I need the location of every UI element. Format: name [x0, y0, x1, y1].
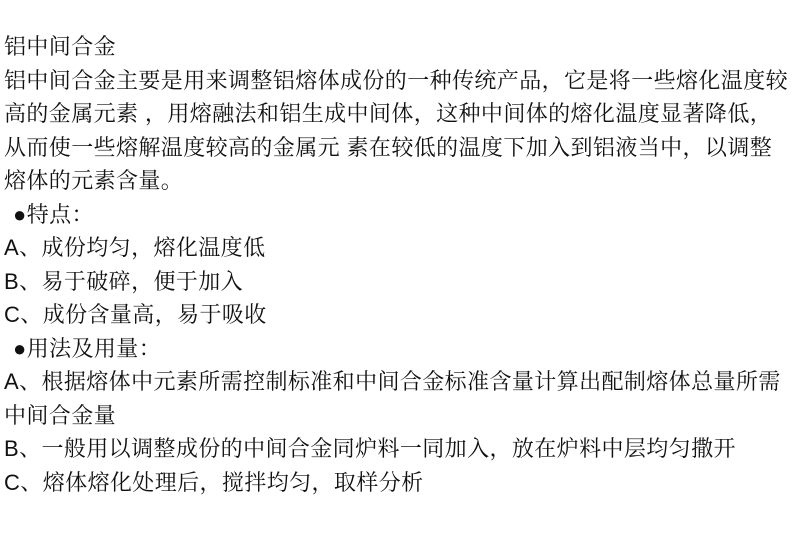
paragraph-line: 铝中间合金主要是用来调整铝熔体成份的一种传统产品，它是将一些熔化温度较 [4, 64, 796, 98]
paragraph-line: 高的金属元素 ，用熔融法和铝生成中间体，这种中间体的熔化温度显著降低， [4, 97, 796, 131]
list-item-usage-b: B、一般用以调整成份的中间合金同炉料一同加入，放在炉料中层均匀撒开 [4, 432, 796, 466]
list-item-usage-a-cont: 中间合金量 [4, 399, 796, 433]
list-item-feature-c: C、成份含量高，易于吸收 [4, 298, 796, 332]
section-heading-label: 用法及用量： [27, 336, 161, 361]
list-item-usage-c: C、熔体熔化处理后，搅拌均匀，取样分析 [4, 466, 796, 500]
doc-title: 铝中间合金 [4, 30, 796, 64]
paragraph-line: 从而使一些熔解温度较高的金属元 素在较低的温度下加入到铝液当中，以调整 [4, 131, 796, 165]
paragraph-line: 熔体的元素含量。 [4, 164, 796, 198]
bullet-icon: ● [13, 332, 27, 366]
document-body: 铝中间合金 铝中间合金主要是用来调整铝熔体成份的一种传统产品，它是将一些熔化温度… [0, 0, 800, 541]
list-item-usage-a: A、根据熔体中元素所需控制标准和中间合金标准含量计算出配制熔体总量所需 [4, 365, 796, 399]
section-heading-label: 特点： [27, 202, 94, 227]
list-item-feature-a: A、成份均匀，熔化温度低 [4, 231, 796, 265]
bullet-icon: ● [13, 198, 27, 232]
section-heading-usage: ●用法及用量： [4, 332, 796, 366]
list-item-feature-b: B、易于破碎，便于加入 [4, 265, 796, 299]
section-heading-features: ●特点： [4, 198, 796, 232]
